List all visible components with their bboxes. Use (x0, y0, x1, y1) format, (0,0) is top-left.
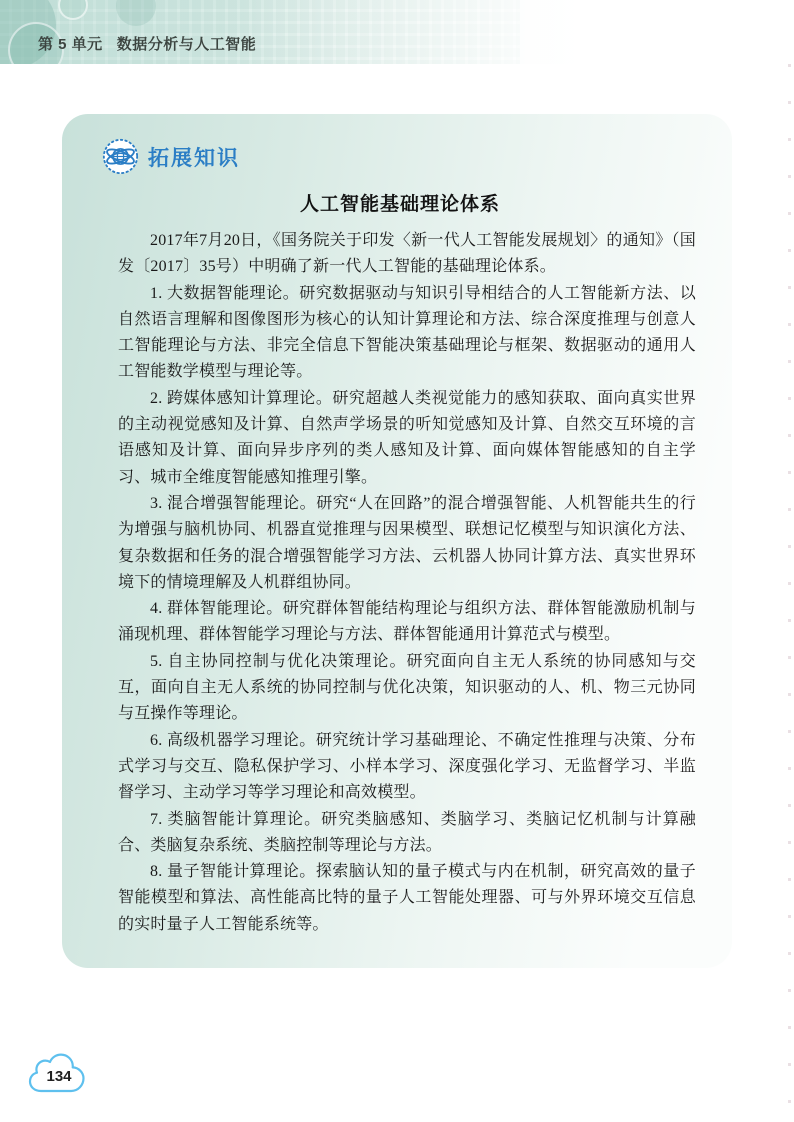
unit-title: 数据分析与人工智能 (117, 36, 257, 53)
globe-orbit-icon (102, 138, 139, 175)
article-title: 人工智能基础理论体系 (100, 189, 700, 216)
page-number: 134 (27, 1068, 91, 1085)
cloud-page-badge: 134 (27, 1051, 91, 1099)
extended-knowledge-badge: 拓展知识 (102, 138, 700, 175)
paragraph-item-5: 5. 自主协同控制与优化决策理论。研究面向自主无人系统的协同感知与交互，面向自主… (118, 649, 696, 728)
unit-heading: 第 5 单元数据分析与人工智能 (38, 33, 256, 54)
paragraph-item-3: 3. 混合增强智能理论。研究“人在回路”的混合增强智能、人机智能共生的行为增强与… (118, 491, 696, 596)
paragraph-item-1: 1. 大数据智能理论。研究数据驱动与知识引导相结合的人工智能新方法、以自然语言理… (118, 281, 696, 386)
paragraph-item-2: 2. 跨媒体感知计算理论。研究超越人类视觉能力的感知获取、面向真实世界的主动视觉… (118, 386, 696, 491)
extended-knowledge-box: 拓展知识 人工智能基础理论体系 2017年7月20日，《国务院关于印发〈新一代人… (62, 114, 732, 968)
paragraph-item-6: 6. 高级机器学习理论。研究统计学习基础理论、不确定性推理与决策、分布式学习与交… (118, 728, 696, 807)
unit-label: 第 5 单元 (38, 36, 103, 53)
page-header: 第 5 单元数据分析与人工智能 (0, 0, 794, 64)
paragraph-item-8: 8. 量子智能计算理论。探索脑认知的量子模式与内在机制，研究高效的量子智能模型和… (118, 859, 696, 938)
article-body: 2017年7月20日，《国务院关于印发〈新一代人工智能发展规划〉的通知》（国发〔… (100, 228, 700, 938)
paragraph-item-4: 4. 群体智能理论。研究群体智能结构理论与组织方法、群体智能激励机制与涌现机理、… (118, 596, 696, 649)
right-edge-marks (788, 64, 791, 1112)
header-fade-overlay (0, 0, 794, 64)
paragraph-intro: 2017年7月20日，《国务院关于印发〈新一代人工智能发展规划〉的通知》（国发〔… (118, 228, 696, 281)
paragraph-item-7: 7. 类脑智能计算理论。研究类脑感知、类脑学习、类脑记忆机制与计算融合、类脑复杂… (118, 807, 696, 860)
extended-knowledge-label: 拓展知识 (148, 142, 240, 172)
